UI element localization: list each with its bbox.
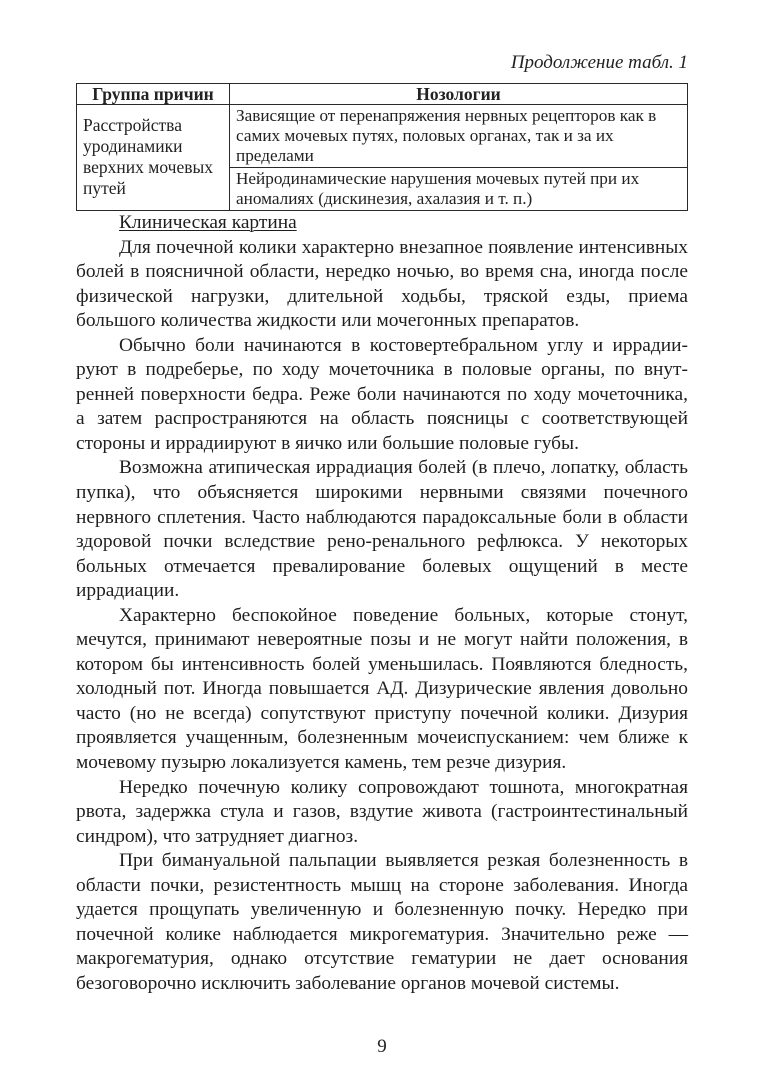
body-text: Клиническая картина Для почечной колики … [76,211,688,997]
column-header-nosology: Нозологии [230,84,688,105]
paragraph: Для почечной колики характерно внезапное… [76,236,688,334]
paragraph: Возможна атипическая иррадиация болей (в… [76,456,688,603]
table-row: Расстройства уродинамики верхних мочевых… [77,105,688,168]
section-title: Клиническая картина [76,211,688,236]
paragraph: При бимануальной пальпации выявляется ре… [76,849,688,996]
column-header-group: Группа причин [77,84,230,105]
document-page: Продолжение табл. 1 Группа причин Нозоло… [0,0,764,1080]
nosology-cell: Зависящие от перенапряжения нервных реце… [230,105,688,168]
paragraph: Характерно беспокойное поведение больных… [76,604,688,776]
causes-table: Группа причин Нозологии Расстройства уро… [76,83,688,211]
table-continuation-caption: Продолжение табл. 1 [511,52,688,74]
table-header-row: Группа причин Нозологии [77,84,688,105]
paragraph: Обычно боли начинаются в костовертебраль… [76,334,688,457]
paragraph: Нередко почечную колику сопровождают тош… [76,776,688,850]
cause-group-cell: Расстройства уродинамики верхних мочевых… [77,105,230,211]
nosology-cell: Нейродинамические нарушения мочевых путе… [230,168,688,211]
section-title-text: Клиническая картина [119,212,297,233]
page-number: 9 [0,1036,764,1058]
